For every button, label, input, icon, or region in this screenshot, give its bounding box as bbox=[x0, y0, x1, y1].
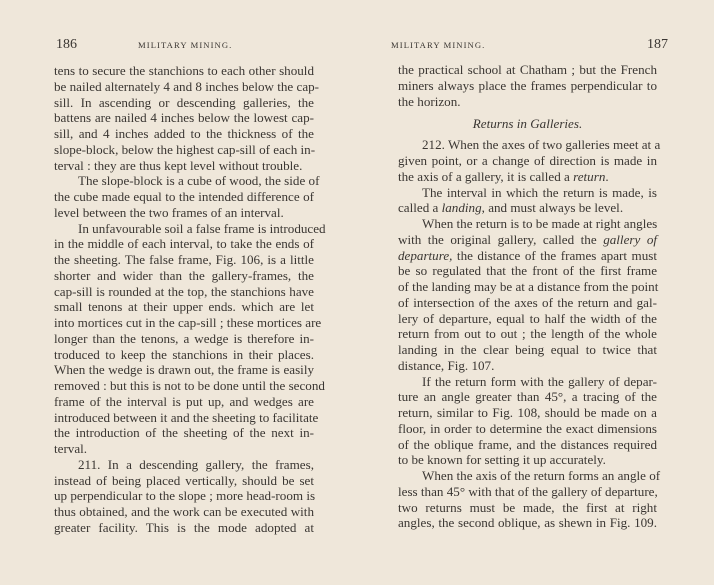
text-line: battens are nailed 4 inches below the lo… bbox=[54, 110, 314, 126]
text-line: be so regulated that the front of the fi… bbox=[398, 263, 657, 279]
text-line: up perpendicular to the slope ; more hea… bbox=[54, 488, 314, 504]
text-line: landing in the clear being equal to twic… bbox=[398, 342, 657, 358]
running-head-right: MILITARY MINING. 187 bbox=[404, 37, 664, 53]
text-line: The slope-block is a cube of wood, the s… bbox=[54, 173, 314, 189]
text-line: lery of departure, equal to half the wid… bbox=[398, 311, 657, 327]
text-line: The interval in which the return is made… bbox=[398, 185, 657, 201]
text-line: In unfavourable soil a false frame is in… bbox=[54, 221, 314, 237]
text-line: terval : they are thus kept level withou… bbox=[54, 158, 314, 174]
text-line: distance, Fig. 107. bbox=[398, 358, 657, 374]
text-line: be nailed alternately 4 and 8 inches bel… bbox=[54, 79, 314, 95]
text-line: in the middle of each interval, to take … bbox=[54, 236, 314, 252]
text-line: cap-sill is rounded at the top, the stan… bbox=[54, 284, 314, 300]
text-line: terval. bbox=[54, 441, 314, 457]
text-line: of the oblique frame, and the distances … bbox=[398, 437, 657, 453]
page-number: 186 bbox=[56, 37, 77, 53]
text-line: the practical school at Chatham ; but th… bbox=[398, 62, 657, 78]
section-heading-text: Returns in Galleries. bbox=[473, 116, 582, 131]
text-line: departure, the distance of the frames ap… bbox=[398, 248, 657, 264]
text-line: 211. In a descending gallery, the frames… bbox=[54, 457, 314, 473]
italic-term: gallery of bbox=[603, 232, 657, 247]
italic-term: landing bbox=[442, 200, 482, 215]
text-line: greater facility. This is the mode adopt… bbox=[54, 520, 314, 536]
text-line: with the original gallery, called the ga… bbox=[398, 232, 657, 248]
running-title: MILITARY MINING. bbox=[391, 40, 485, 50]
running-title: MILITARY MINING. bbox=[138, 40, 232, 50]
italic-term: departure, bbox=[398, 248, 452, 263]
text-line: return, similar to Fig. 108, should be m… bbox=[398, 405, 657, 421]
text-line: If the return form with the gallery of d… bbox=[398, 374, 657, 390]
text-line: 212. When the axes of two galleries meet… bbox=[398, 137, 657, 153]
text-line: the horizon. bbox=[398, 94, 657, 110]
text-line: shorter and wider than the gallery-frame… bbox=[54, 268, 314, 284]
text-line: of intersection of the axes of the retur… bbox=[398, 295, 657, 311]
text-line: two returns must be made, the first at r… bbox=[398, 500, 657, 516]
right-page-body: the practical school at Chatham ; but th… bbox=[398, 62, 657, 531]
italic-term: return bbox=[573, 169, 605, 184]
text-line: the sheeting. The false frame, Fig. 106,… bbox=[54, 252, 314, 268]
text-line: sill. In ascending or descending galleri… bbox=[54, 95, 314, 111]
text-line: thus obtained, and the work can be execu… bbox=[54, 504, 314, 520]
text-line: called a landing, and must always be lev… bbox=[398, 200, 657, 216]
section-heading: Returns in Galleries. bbox=[398, 109, 657, 137]
text-line: of the landing may be at a distance from… bbox=[398, 279, 657, 295]
text-line: tens to secure the stanchions to each ot… bbox=[54, 63, 314, 79]
text-line: into mortices cut in the cap-sill ; thes… bbox=[54, 315, 314, 331]
text-line: less than 45° with that of the gallery o… bbox=[398, 484, 657, 500]
text-line: floor, in order to determine the exact d… bbox=[398, 421, 657, 437]
text-line: the axis of a gallery, it is called a re… bbox=[398, 169, 657, 185]
text-line: angles, the second oblique, as shewn in … bbox=[398, 515, 657, 531]
text-line: given point, or a change of direction is… bbox=[398, 153, 657, 169]
text-line: troduced to keep the stanchions in their… bbox=[54, 347, 314, 363]
text-line: the cube made equal to the intended diff… bbox=[54, 189, 314, 205]
text-line: level between the two frames of an inter… bbox=[54, 205, 314, 221]
text-line: return from out to out ; the length of t… bbox=[398, 326, 657, 342]
text-line: frame of the interval is put up, and wed… bbox=[54, 394, 314, 410]
text-line: longer than the tenons, a wedge is there… bbox=[54, 331, 314, 347]
text-line: When the return is to be made at right a… bbox=[398, 216, 657, 232]
text-line: to be known for setting it up accurately… bbox=[398, 452, 657, 468]
text-line: slope-block, below the highest cap-sill … bbox=[54, 142, 314, 158]
running-head-left: 186 MILITARY MINING. bbox=[54, 37, 314, 53]
page-number: 187 bbox=[647, 37, 668, 53]
text-line: When the axis of the return forms an ang… bbox=[398, 468, 657, 484]
text-line: small tenons at their upper ends. which … bbox=[54, 299, 314, 315]
text-line: When the wedge is drawn out, the frame i… bbox=[54, 362, 314, 378]
left-page-body: tens to secure the stanchions to each ot… bbox=[54, 63, 314, 536]
text-line: the introduction of the sheeting of the … bbox=[54, 425, 314, 441]
text-line: ture an angle greater than 45°, a tracin… bbox=[398, 389, 657, 405]
text-line: removed : but this is not to be done unt… bbox=[54, 378, 314, 394]
text-line: instead of being placed vertically, shou… bbox=[54, 473, 314, 489]
text-line: introduced between it and the sheeting t… bbox=[54, 410, 314, 426]
text-line: sill, and 4 inches added to the thicknes… bbox=[54, 126, 314, 142]
text-line: miners always place the frames perpendic… bbox=[398, 78, 657, 94]
